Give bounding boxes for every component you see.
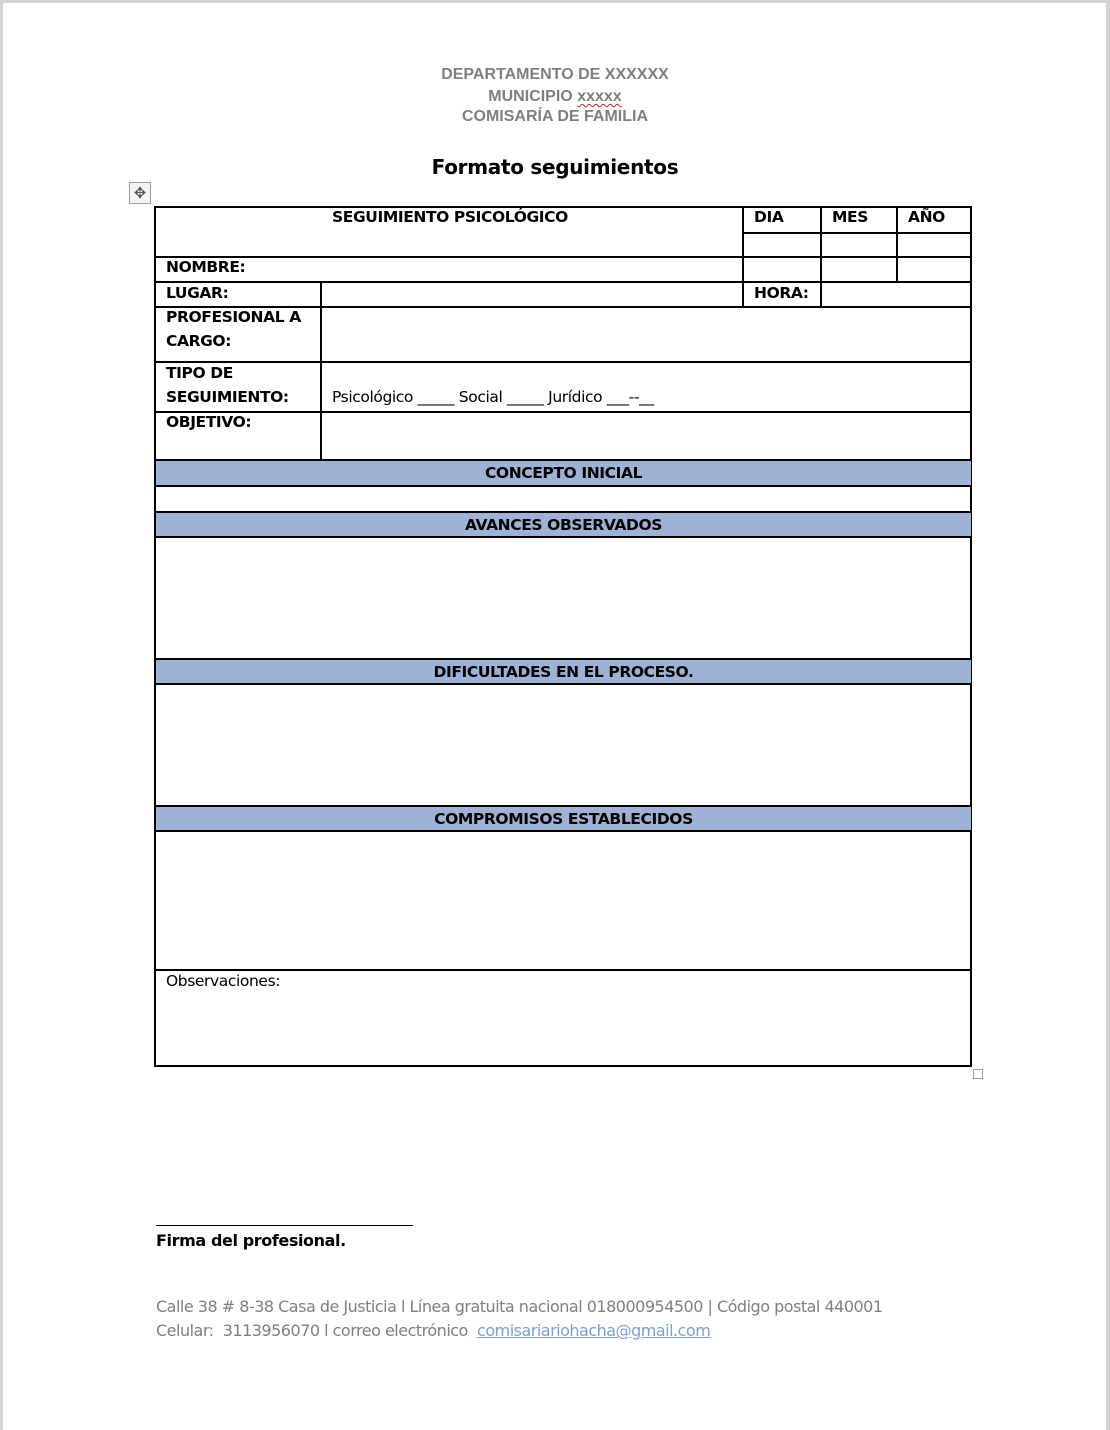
table-resize-handle-icon[interactable] [973, 1069, 983, 1079]
section-header-concepto-inicial: CONCEPTO INICIAL [156, 461, 971, 485]
tipo-label-line1: TIPO DE [166, 364, 233, 382]
municipality-prefix: MUNICIPIO [488, 88, 577, 105]
observaciones-label: Observaciones: [166, 972, 280, 990]
footer-email-link[interactable]: comisariariohacha@gmail.com [477, 1321, 710, 1340]
day-label: DIA [754, 208, 783, 226]
profesional-label-line1: PROFESIONAL A [166, 308, 301, 326]
footer-contact: Celular: 3113956070 l correo electrónico… [156, 1321, 710, 1340]
document-title: Formato seguimientos [0, 155, 1110, 179]
form-title: SEGUIMIENTO PSICOLÓGICO [332, 208, 568, 226]
section-header-avances-observados: AVANCES OBSERVADOS [156, 513, 971, 536]
month-label: MES [832, 208, 868, 226]
signature-label: Firma del profesional. [156, 1231, 346, 1250]
footer-phone: Celular: 3113956070 l correo electrónico [156, 1321, 477, 1340]
municipality-heading: MUNICIPIO xxxxx [0, 88, 1110, 106]
section-header-compromisos: COMPROMISOS ESTABLECIDOS [156, 807, 971, 830]
department-heading: DEPARTAMENTO DE XXXXXX [0, 66, 1110, 84]
footer-address: Calle 38 # 8-38 Casa de Justicia l Línea… [156, 1297, 883, 1316]
commissariat-heading: COMISARÍA DE FAMILIA [0, 108, 1110, 126]
signature-line [156, 1225, 413, 1226]
nombre-label: NOMBRE: [166, 258, 245, 276]
lugar-label: LUGAR: [166, 284, 228, 302]
section-header-dificultades: DIFICULTADES EN EL PROCESO. [156, 660, 971, 683]
objetivo-label: OBJETIVO: [166, 413, 251, 431]
year-label: AÑO [908, 208, 945, 226]
profesional-label-line2: CARGO: [166, 332, 231, 350]
table-move-handle-icon[interactable]: ✥ [129, 182, 151, 204]
municipality-value: xxxxx [577, 88, 622, 105]
tipo-options[interactable]: Psicológico _____ Social _____ Jurídico … [332, 388, 654, 406]
hora-label: HORA: [754, 284, 809, 302]
tipo-label-line2: SEGUIMIENTO: [166, 388, 289, 406]
